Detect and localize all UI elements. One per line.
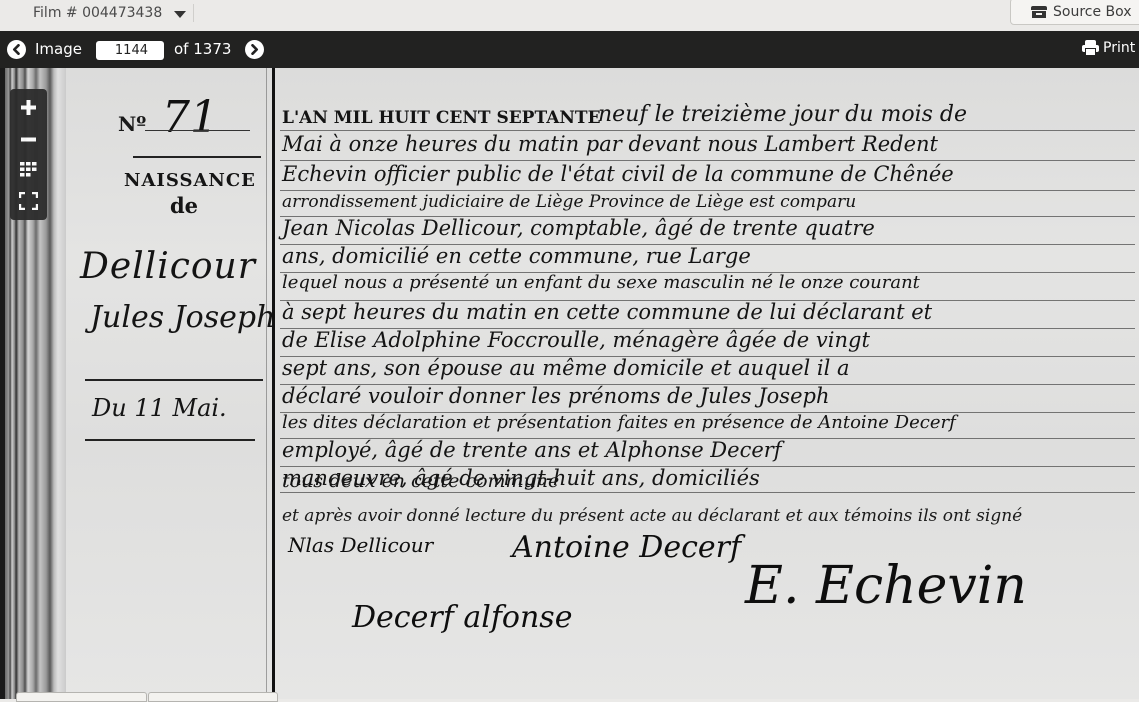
signature-father: Nlas Dellicour xyxy=(288,533,433,557)
image-viewer[interactable]: Nº 71 NAISSANCE de Dellicour Jules Josep… xyxy=(0,68,1139,699)
body-line: neuf le treizième jour du mois de xyxy=(598,102,967,127)
underline xyxy=(85,439,255,441)
ruled-line xyxy=(280,244,1135,245)
body-line: Jean Nicolas Dellicour, comptable, âgé d… xyxy=(282,216,875,240)
body-line: déclaré vouloir donner les prénoms de Ju… xyxy=(282,384,829,408)
signature-witness1: Antoine Decerf xyxy=(512,530,741,565)
zoom-controls xyxy=(10,89,47,220)
image-label: Image xyxy=(35,40,82,58)
chevron-left-icon xyxy=(11,44,22,55)
printer-icon xyxy=(1082,40,1099,56)
ruled-line xyxy=(280,466,1135,467)
body-line: ans, domicilié en cette commune, rue Lar… xyxy=(282,244,751,268)
film-number: Film # 004473438 xyxy=(33,5,162,21)
thumbnail-grid-button[interactable] xyxy=(10,155,47,185)
body-line: tous deux en cette commune xyxy=(282,470,559,492)
fullscreen-icon xyxy=(19,192,38,210)
image-number-input[interactable] xyxy=(96,41,164,60)
body-line: Mai à onze heures du matin par devant no… xyxy=(282,132,938,156)
underline xyxy=(145,130,250,131)
zoom-in-button[interactable] xyxy=(10,92,47,122)
body-line: employé, âgé de trente ans et Alphonse D… xyxy=(282,438,782,462)
zoom-out-button[interactable] xyxy=(10,124,47,154)
signature-witness2: Decerf alfonse xyxy=(352,600,572,635)
ruled-line xyxy=(280,300,1135,301)
margin-date: Du 11 Mai. xyxy=(92,394,227,422)
minus-icon xyxy=(21,132,36,147)
underline xyxy=(85,379,263,381)
ruled-line xyxy=(280,492,1135,493)
ruled-line xyxy=(280,216,1135,217)
record-number-label: Nº xyxy=(118,112,146,136)
record-number: 71 xyxy=(162,92,218,143)
ruled-line xyxy=(280,328,1135,329)
underline xyxy=(133,156,261,158)
ruled-line xyxy=(280,130,1135,131)
archive-box-icon xyxy=(1031,6,1047,18)
film-selector[interactable]: Film # 004473438 xyxy=(33,3,186,23)
fullscreen-button[interactable] xyxy=(10,186,47,216)
source-box-label: Source Box xyxy=(1053,4,1132,20)
total-images-label: of 1373 xyxy=(174,40,231,58)
margin-rule xyxy=(272,68,275,699)
image-toolbar: Image of 1373 Print xyxy=(0,31,1139,68)
closing-statement: et après avoir donné lecture du présent … xyxy=(282,506,1022,526)
margin-given-names: Jules Joseph xyxy=(90,300,275,335)
source-box-button[interactable]: Source Box xyxy=(1010,0,1139,25)
record-type-de: de xyxy=(170,193,198,218)
ruled-line xyxy=(280,272,1135,273)
body-line: à sept heures du matin en cette commune … xyxy=(282,300,932,324)
printed-heading: L'AN MIL HUIT CENT SEPTANTE xyxy=(282,108,601,128)
previous-image-button[interactable] xyxy=(7,40,26,59)
ruled-line xyxy=(280,412,1135,413)
record-type-heading: NAISSANCE xyxy=(124,170,256,191)
body-line: lequel nous a présenté un enfant du sexe… xyxy=(282,272,920,293)
bottom-tab[interactable] xyxy=(16,692,147,699)
body-line: de Elise Adolphine Foccroulle, ménagère … xyxy=(282,328,870,352)
ruled-line xyxy=(280,438,1135,439)
ruled-line xyxy=(280,160,1135,161)
ruled-line xyxy=(280,384,1135,385)
ruled-line xyxy=(280,190,1135,191)
grid-icon xyxy=(20,162,37,178)
body-line: Echevin officier public de l'état civil … xyxy=(282,162,954,186)
body-line: les dites déclaration et présentation fa… xyxy=(282,412,956,433)
chevron-down-icon xyxy=(174,11,186,18)
plus-icon xyxy=(21,100,36,115)
margin-rule xyxy=(266,68,267,699)
chevron-right-icon xyxy=(249,44,260,55)
margin-surname: Dellicour xyxy=(80,246,256,287)
body-line: sept ans, son épouse au même domicile et… xyxy=(282,356,850,380)
divider xyxy=(193,4,194,22)
ruled-line xyxy=(280,356,1135,357)
film-bar: Film # 004473438 Source Box xyxy=(0,0,1139,31)
signature-officer: E. Echevin xyxy=(745,556,1027,616)
bottom-tab[interactable] xyxy=(148,692,278,699)
print-label: Print xyxy=(1103,40,1135,56)
next-image-button[interactable] xyxy=(245,40,264,59)
print-button[interactable]: Print xyxy=(1082,40,1135,56)
body-line: arrondissement judiciaire de Liège Provi… xyxy=(282,192,856,212)
